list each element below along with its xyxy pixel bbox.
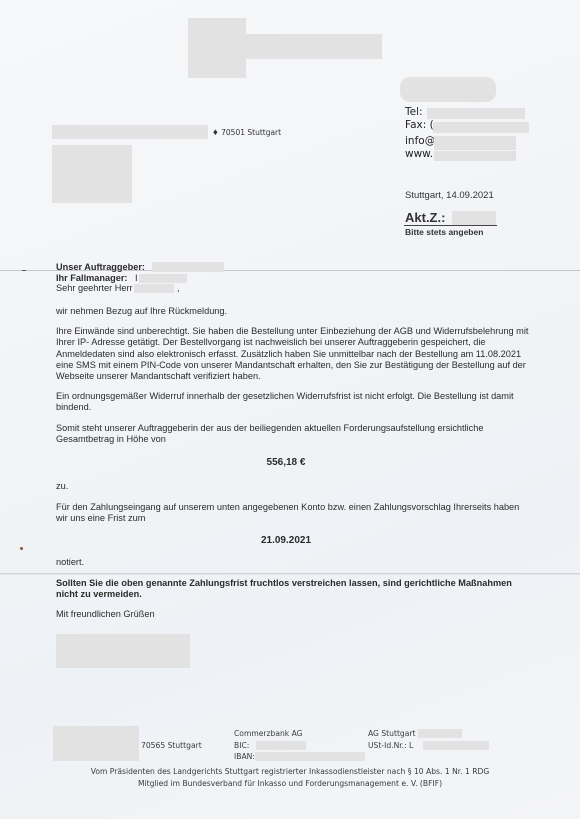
reference-label: Akt.Z.: bbox=[405, 210, 445, 225]
manager-redaction bbox=[139, 274, 187, 283]
bank-name: Commerzbank AG bbox=[234, 729, 303, 738]
p4-line: Für den Zahlungseingang auf unserem unte… bbox=[56, 502, 576, 513]
p1-line: eine SMS mit einem PIN-Code von unserer … bbox=[56, 360, 576, 371]
p3-line: Gesamtbetrag in Höhe von bbox=[56, 434, 576, 445]
paragraph-total: Somit steht unserer Auftraggeberin der a… bbox=[56, 423, 576, 446]
reference-note: Bitte stets angeben bbox=[405, 227, 483, 237]
intro-line: wir nehmen Bezug auf Ihre Rückmeldung. bbox=[56, 306, 576, 317]
fold-line-bottom bbox=[0, 573, 580, 575]
sender-city: 70501 Stuttgart bbox=[221, 128, 281, 137]
edge-mark bbox=[22, 270, 26, 271]
bic-redaction bbox=[256, 741, 306, 750]
vat-label: USt-Id.Nr.: L bbox=[368, 741, 413, 750]
email-prefix: info@ bbox=[405, 135, 435, 147]
dateline: Stuttgart, 14.09.2021 bbox=[405, 190, 494, 201]
web-redaction bbox=[434, 151, 516, 161]
footer-city: 70565 Stuttgart bbox=[141, 741, 202, 750]
reference-redaction bbox=[452, 211, 496, 225]
court-registry: AG Stuttgart bbox=[368, 729, 416, 738]
after-deadline: notiert. bbox=[56, 557, 576, 568]
bic-label: BIC: bbox=[234, 741, 249, 750]
client-redaction bbox=[152, 262, 224, 272]
closing: Mit freundlichen Grüßen bbox=[56, 609, 576, 620]
company-name-redaction bbox=[400, 77, 496, 102]
p1-line: Webseite unserer Mandantschaft verifizie… bbox=[56, 371, 576, 382]
salutation: Sehr geehrter Herr bbox=[56, 283, 133, 294]
p1-line: Anmeldedaten sind also elektronisch erfa… bbox=[56, 349, 576, 360]
iban-label: IBAN: bbox=[234, 752, 255, 761]
tel-redaction bbox=[427, 108, 525, 119]
reference-underline bbox=[404, 225, 497, 226]
email-redaction bbox=[434, 136, 516, 150]
p2-line: Ein ordnungsgemäßer Widerruf innerhalb d… bbox=[56, 391, 576, 402]
membership-note: Mitglied im Bundesverband für Inkasso un… bbox=[0, 779, 580, 788]
letter-page: ♦ 70501 Stuttgart Tel: Fax: ( info@ www.… bbox=[0, 0, 580, 819]
logo-redaction-bar bbox=[246, 34, 382, 59]
p1-line: Ihre Einwände sind unberechtigt. Sie hab… bbox=[56, 326, 576, 337]
sender-line: ♦ 70501 Stuttgart bbox=[212, 128, 281, 137]
amount: 556,18 € bbox=[56, 457, 516, 468]
registration-note: Vom Präsidenten des Landgerichts Stuttga… bbox=[0, 767, 580, 776]
p2-line: bindend. bbox=[56, 402, 576, 413]
salutation-name-redaction bbox=[134, 284, 174, 293]
client-label: Unser Auftraggeber: bbox=[56, 262, 145, 273]
signature-redaction bbox=[56, 634, 190, 668]
warning-line: nicht zu vermeiden. bbox=[56, 589, 576, 600]
iban-redaction bbox=[255, 752, 365, 761]
paragraph-deadline: Für den Zahlungseingang auf unserem unte… bbox=[56, 502, 576, 525]
warning-line: Sollten Sie die oben genannte Zahlungsfr… bbox=[56, 578, 576, 589]
salutation-comma: , bbox=[177, 283, 180, 294]
warning-paragraph: Sollten Sie die oben genannte Zahlungsfr… bbox=[56, 578, 576, 601]
p4-line: wir uns eine Frist zum bbox=[56, 513, 576, 524]
sender-marker: ♦ bbox=[212, 128, 219, 137]
vat-redaction bbox=[423, 741, 489, 750]
tel-label: Tel: bbox=[405, 106, 423, 118]
paper-speck bbox=[20, 547, 23, 550]
deadline-date: 21.09.2021 bbox=[56, 535, 516, 546]
paragraph-objections: Ihre Einwände sind unberechtigt. Sie hab… bbox=[56, 326, 576, 382]
fax-label: Fax: ( bbox=[405, 119, 434, 131]
manager-initial: I bbox=[135, 273, 138, 284]
footer-address-redaction bbox=[53, 726, 139, 761]
after-amount: zu. bbox=[56, 481, 576, 492]
p3-line: Somit steht unserer Auftraggeberin der a… bbox=[56, 423, 576, 434]
sender-redaction bbox=[52, 125, 208, 139]
paragraph-withdrawal: Ein ordnungsgemäßer Widerruf innerhalb d… bbox=[56, 391, 576, 414]
recipient-redaction bbox=[52, 145, 132, 203]
web-prefix: www. bbox=[405, 148, 433, 160]
fax-redaction bbox=[433, 122, 529, 133]
logo-redaction-block bbox=[188, 18, 246, 78]
p1-line: Ihrer IP- Adresse getätigt. Der Bestellv… bbox=[56, 337, 576, 348]
court-redaction bbox=[418, 729, 462, 738]
